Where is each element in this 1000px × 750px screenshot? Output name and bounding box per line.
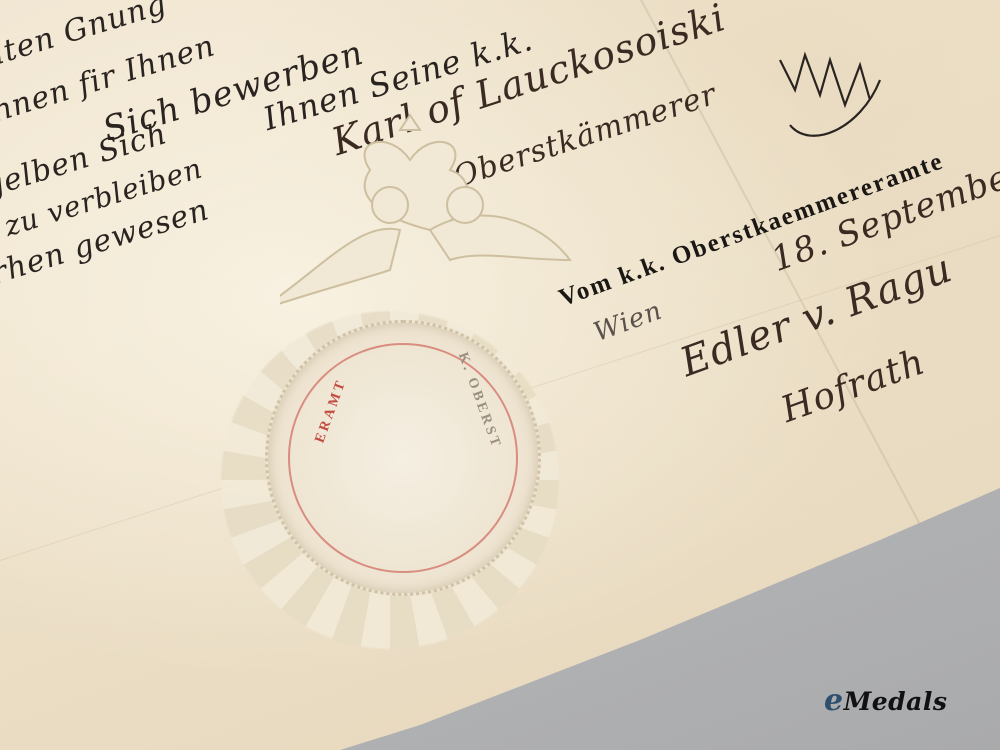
embossed-seal: ERAMT K. OBERST — [170, 300, 610, 660]
seal-ink-ring — [288, 343, 518, 573]
photo-backdrop: hten Gnung ennen fir Ihnen Sich bewerben… — [0, 0, 1000, 750]
logo-brand: Medals — [844, 687, 948, 716]
logo-prefix: e — [824, 683, 844, 718]
emedals-watermark: eMedals — [824, 683, 947, 718]
signature: Hofrath — [776, 341, 931, 431]
signature-flourish — [770, 40, 900, 150]
double-headed-eagle-icon — [280, 110, 580, 330]
seal-medallion: ERAMT K. OBERST — [265, 320, 541, 596]
